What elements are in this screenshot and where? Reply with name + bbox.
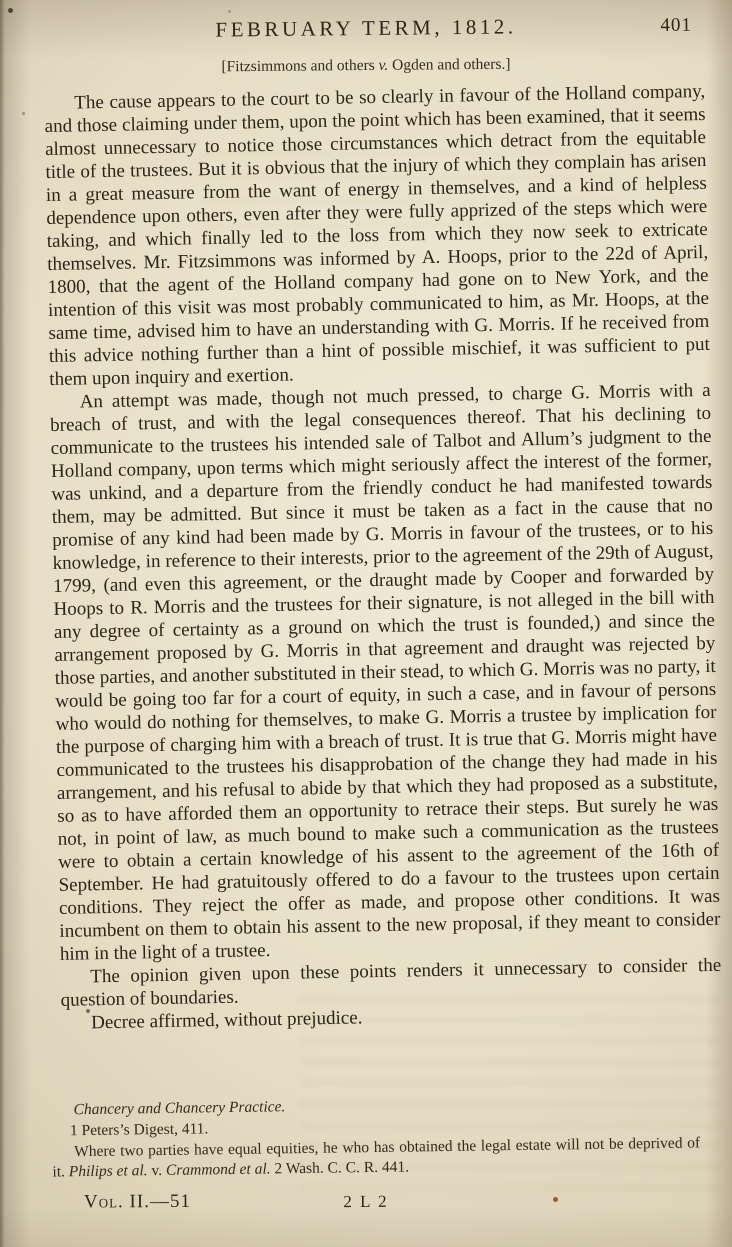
- footnote-cite-party2: Crammond et al.: [166, 1160, 271, 1178]
- term-title: FEBRUARY TERM, 1812.: [0, 12, 732, 45]
- case-caption: [Fitzsimmons and others v. Ogden and oth…: [0, 54, 732, 78]
- case-caption-versus: v.: [379, 57, 389, 74]
- printers-signature-mark: 2 L 2: [0, 1190, 732, 1214]
- page-speck: [228, 10, 231, 13]
- page-speck-orange: [553, 1197, 558, 1202]
- case-caption-open: [Fitzsimmons and others: [221, 57, 378, 75]
- footnote-cite-party1: Philips et al.: [69, 1162, 148, 1180]
- footnote-cite-versus: v.: [151, 1162, 162, 1179]
- case-caption-close: Ogden and others.]: [388, 56, 510, 74]
- page-number: 401: [660, 15, 692, 37]
- running-header: FEBRUARY TERM, 1812. 401: [0, 12, 732, 45]
- footnote-block: Chancery and Chancery Practice. 1 Peters…: [51, 1091, 700, 1182]
- page-speck: [22, 112, 25, 115]
- opinion-paragraph: An attempt was made, though not much pre…: [50, 379, 721, 966]
- page-speck: [86, 1009, 90, 1013]
- page-speck: [8, 8, 13, 13]
- opinion-text: The cause appears to the court to be so …: [44, 80, 722, 1035]
- book-page: FEBRUARY TERM, 1812. 401 [Fitzsimmons an…: [0, 0, 732, 1247]
- footnote-cite-reporter: 2 Wash. C. C. R. 441.: [274, 1159, 409, 1178]
- page-footer: Vol. II.—51 2 L 2: [0, 1188, 732, 1222]
- opinion-paragraph: The cause appears to the court to be so …: [44, 80, 710, 391]
